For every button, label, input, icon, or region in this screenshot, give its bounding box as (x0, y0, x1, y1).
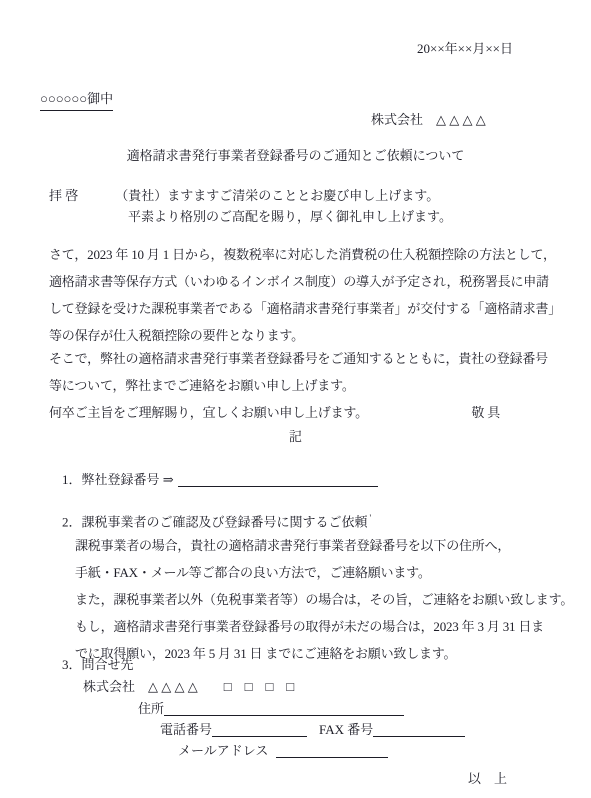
fax-label: FAX 番号 (319, 722, 373, 737)
body-line: そこで，弊社の適格請求書発行事業者登録番号をご通知するとともに，貴社の登録番号 (49, 345, 545, 372)
phone-label: 電話番号 (160, 722, 212, 737)
phone-fax-row: 電話番号FAX 番号 (160, 720, 467, 740)
document-title: 適格請求書発行事業者登録番号のご通知とご依頼について (0, 146, 591, 166)
item-1-row: 1．弊社登録番号 ⇒ (62, 470, 378, 490)
greeting-line-2: 平素より格別のご高配を賜り，厚く御礼申し上げます。 (128, 207, 452, 227)
item-2-heading: 2．課税事業者のご確認及び登録番号に関するご依頼 (62, 514, 368, 529)
phone-blank-line (212, 721, 307, 737)
salutation: 拝 啓 (49, 186, 78, 206)
addressee-line: ○○○○○○御中 (40, 89, 113, 111)
address-label: 住所 (138, 701, 164, 716)
body-line: さて，2023 年 10 月 1 日から，複数税率に対応した消費税の仕入税額控除… (49, 241, 545, 268)
body-line: 適格請求書等保存方式（いわゆるインボイス制度）の導入が予定され，税務署長に申請 (49, 268, 545, 295)
item-2-line: もし，適格請求書発行事業者登録番号の取得が未だの場合は，2023 年 3 月 3… (75, 613, 571, 640)
document-page: 20××年××月××日 ○○○○○○御中 株式会社 △ △ △ △ 適格請求書発… (0, 0, 591, 798)
footnote-mark: ' (370, 513, 372, 523)
item-3-heading: 3．問合せ先 (62, 655, 134, 675)
body-paragraph-1: さて，2023 年 10 月 1 日から，複数税率に対応した消費税の仕入税額控除… (49, 241, 545, 349)
item-2-heading-row: 2．課税事業者のご確認及び登録番号に関するご依頼' (62, 508, 371, 532)
email-row: メールアドレス (178, 741, 388, 761)
body-line: して登録を受けた課税事業者である「適格請求書発行事業者」が交付する「適格請求書」 (49, 295, 545, 322)
item-2-line: 手紙・FAX・メール等ご都合の良い方法で，ご連絡願います。 (75, 559, 571, 586)
greeting-line-1: 拝 啓（貴社）ますますご清栄のこととお慶び申し上げます。 (49, 186, 439, 206)
closing-keigu: 敬 具 (471, 399, 500, 426)
body-line: 何卒ご主旨をご理解賜り，宜しくお願い申し上げます。 (49, 405, 368, 420)
email-label: メールアドレス (178, 743, 268, 758)
addressee: ○○○○○○御中 (40, 89, 113, 111)
fax-blank-line (373, 721, 465, 737)
item-2-body: 課税事業者の場合，貴社の適格請求書発行事業者登録番号を以下の住所へ， 手紙・FA… (75, 532, 571, 667)
record-mark: 記 (0, 427, 591, 447)
item-2-line: 課税事業者の場合，貴社の適格請求書発行事業者登録番号を以下の住所へ， (75, 532, 571, 559)
body-line-with-closing: 何卒ご主旨をご理解賜り，宜しくお願い申し上げます。 敬 具 (49, 399, 545, 426)
item-1-heading: 1．弊社登録番号 ⇒ (62, 472, 174, 487)
item-2-line: でに取得願い，2023 年 5 月 31 日 までにご連絡をお願い致します。 (75, 640, 571, 667)
contact-company-line: 株式会社 △ △ △ △ □ □ □ □ (83, 677, 294, 697)
address-blank-line (164, 700, 404, 716)
item-2-line: また，課税事業者以外（免税事業者等）の場合は，その旨，ご連絡をお願い致します。 (75, 586, 571, 613)
sender-company: 株式会社 △ △ △ △ (371, 110, 486, 130)
body-line: 等について，弊社までご連絡をお願い申し上げます。 (49, 372, 545, 399)
registration-number-blank-line (178, 471, 378, 487)
body-paragraph-2: そこで，弊社の適格請求書発行事業者登録番号をご通知するとともに，貴社の登録番号 … (49, 345, 545, 426)
greeting-text-1: （貴社）ますますご清栄のこととお慶び申し上げます。 (115, 188, 439, 203)
address-row: 住所 (138, 699, 404, 719)
email-blank-line (276, 742, 388, 758)
date-line: 20××年××月××日 (417, 39, 513, 59)
end-mark: 以 上 (468, 769, 507, 789)
